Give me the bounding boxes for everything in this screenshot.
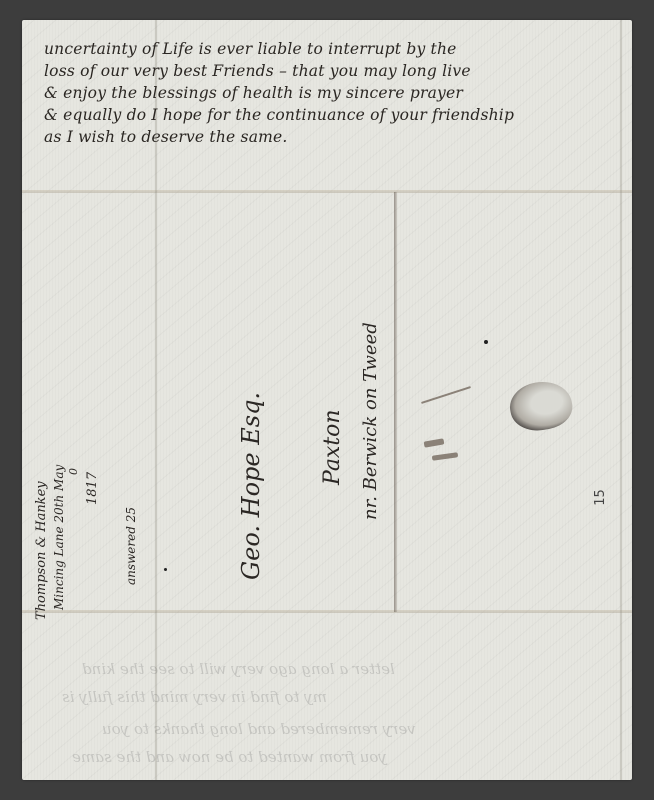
fold-line-horizontal-top bbox=[22, 190, 632, 193]
docket-sender: Thompson & Hankey bbox=[34, 481, 49, 620]
docket-location-date: Mincing Lane 20th May bbox=[52, 465, 66, 610]
show-through-line: you from wanted to be now and the same bbox=[72, 748, 387, 766]
ink-stroke-stain bbox=[421, 386, 471, 404]
fold-line-horizontal-bottom bbox=[22, 610, 632, 613]
show-through-line: my to find in very mind this fully is bbox=[62, 688, 327, 706]
fold-seam-vertical bbox=[394, 192, 397, 612]
address-place: Paxton bbox=[320, 409, 345, 485]
ink-dot bbox=[164, 568, 167, 571]
archival-page-number: 15 bbox=[593, 489, 608, 506]
letter-line: & equally do I hope for the continuance … bbox=[44, 104, 624, 126]
wax-seal-residue bbox=[506, 377, 575, 435]
letter-body: uncertainty of Life is ever liable to in… bbox=[44, 38, 624, 148]
show-through-line: letter a long ago very will to see the k… bbox=[82, 660, 395, 678]
docket-answered: answered 25 bbox=[124, 507, 138, 585]
ink-dot bbox=[484, 340, 488, 344]
letter-line: loss of our very best Friends – that you… bbox=[44, 60, 624, 82]
address-town: nr. Berwick on Tweed bbox=[360, 322, 381, 520]
docket-year: 1817 bbox=[85, 472, 100, 505]
letter-line: & enjoy the blessings of health is my si… bbox=[44, 82, 624, 104]
address-recipient: Geo. Hope Esq. bbox=[237, 392, 265, 580]
ink-stain bbox=[424, 438, 445, 447]
letter-line: as I wish to deserve the same. bbox=[44, 126, 624, 148]
ink-stain bbox=[432, 452, 458, 461]
letter-line: uncertainty of Life is ever liable to in… bbox=[44, 38, 624, 60]
docket-marker: 0 bbox=[67, 468, 80, 475]
letter-sheet: letter a long ago very will to see the k… bbox=[22, 20, 632, 780]
show-through-line: very remembered and long thanks to you bbox=[102, 720, 416, 738]
